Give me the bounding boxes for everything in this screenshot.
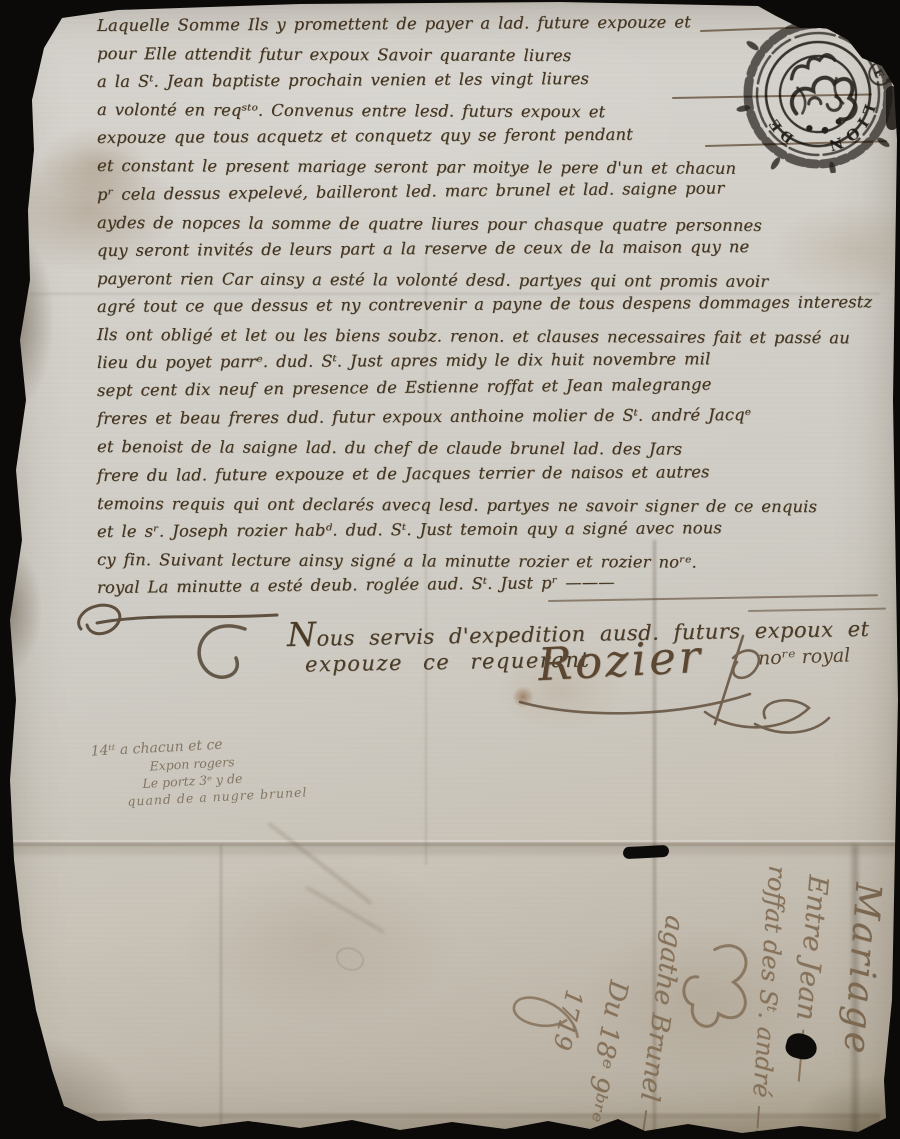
deed-text-line: sept cent dix neuf en presence de Estien… [97,369,887,405]
ink-bleed-mark [268,822,372,904]
memo-line: Expon rogers [149,749,306,774]
svg-text:DE: DE [764,111,799,150]
docket-line: roffat des Sᵗ. andré —— [744,861,791,1139]
docket-line: Entre Jean —— [779,862,834,1139]
fold-crease [653,540,656,1139]
stamp-label-lion: LION [817,99,886,156]
deed-text-line: frere du lad. future expouze et de Jacqu… [97,457,887,490]
deed-text-line: freres et beau freres dud. futur expoux … [97,400,887,433]
deed-text-line: et benoist de la saigne lad. du chef de … [97,433,887,465]
deed-text-line: a la Sᵗ. Jean baptiste prochain venien e… [97,63,887,96]
manuscript-paper: Laquelle Somme Ils y promettent de payer… [0,0,900,1139]
deed-text-line: payeront rien Car ainsy a esté la volont… [97,265,887,297]
deed-body-text: Laquelle Somme Ils y promettent de payer… [97,12,887,602]
archival-docket: Mariage Entre Jean —— roffat des Sᵗ. and… [450,851,890,1139]
fold-crease [0,843,900,846]
docket-line: Du 18ᵉ 9ᵇʳᵉ [575,854,658,1135]
lyon-generalite-tax-stamp-icon: LION DE E [726,7,900,181]
deed-text-line: agré tout ce que dessus et ny contreveni… [97,288,887,321]
paper-tear [623,845,670,859]
torn-edge-ink-mark [886,86,898,130]
deed-text-line: pour Elle attendit futur expoux Savoir q… [97,40,887,72]
deed-text-line: expouze que tous acquetz et conquetz quy… [97,120,887,153]
deed-text-line: quy seront invités de leurs part a la re… [97,232,887,265]
ink-flourish-line [548,594,878,602]
deed-text-line: Laquelle Somme Ils y promettent de payer… [97,7,887,40]
deed-text-line: lieu du poyet parrᵉ. dud. Sᵗ. Just apres… [97,344,887,377]
docket-title: Mariage [829,863,889,1139]
deed-text-line: Ils ont obligé et let ou les biens soubz… [97,321,887,353]
stamp-label-e: E [871,67,886,80]
deed-text-line: cy fin. Suivant lecture ainsy signé a la… [97,546,887,578]
fold-crease [220,845,222,1137]
fold-crease [0,840,900,842]
docket-line: 1719 [529,853,619,1132]
fold-crease [425,255,427,865]
fold-shadow [40,1117,880,1139]
deed-text-line: a volonté en reqˢᵗᵒ. Convenus entre lesd… [97,96,887,128]
paraph-flourish [55,595,285,650]
stamp-label-de: DE [764,111,799,150]
fold-crease [852,845,858,1139]
deed-text-line: aydes de nopces la somme de quatre liure… [97,209,887,241]
marginal-memo: 14ᵗᵗ a chacun et ce Expon rogers Le port… [90,732,308,811]
paper-hole [783,1030,819,1062]
ink-flourish-line [672,94,872,100]
docket-paraph-monogram [690,925,757,1139]
closing-requerant-line: expouze ce requerant [305,648,591,677]
ink-flourish-line [700,24,868,32]
ink-bleed-mark [305,886,384,934]
notary-title: noʳᵉ royal [758,644,851,669]
memo-line: Le portz 3ᵉ y de [142,766,307,792]
svg-text:LION: LION [817,99,886,156]
paraph-flourish [185,615,260,700]
ink-flourish-line [705,140,887,147]
notary-signature: Rozier [537,630,705,692]
photograph-background: Laquelle Somme Ils y promettent de payer… [0,0,900,1139]
deed-text-line: royal La minutte a esté deub. roglée aud… [97,566,887,602]
deed-text-line: pʳ cela dessus expelevé, bailleront led.… [97,172,887,208]
docket-flourish [496,972,586,1135]
docket-line: agathe Brunel —— [629,856,698,1137]
signature-flourish [505,628,845,743]
ink-flourish-line [748,608,886,613]
fold-crease [0,846,900,854]
deed-text-line: et le sʳ. Joseph rozier habᵈ. dud. Sᵗ. J… [97,513,887,546]
fold-crease [40,1114,880,1117]
deed-text-line: temoins requis qui ont declarés avecq le… [97,490,887,522]
closing-expedition-line: Nous servis d'expedition ausd. futurs ex… [287,605,870,654]
memo-line: 14ᵗᵗ a chacun et ce [90,732,305,760]
fold-crease [30,293,880,295]
deed-text-line: et constant le present mariage seront pa… [97,152,887,184]
memo-line: quand de a nugre brunel [127,783,308,809]
ink-bleed-mark [333,944,367,974]
